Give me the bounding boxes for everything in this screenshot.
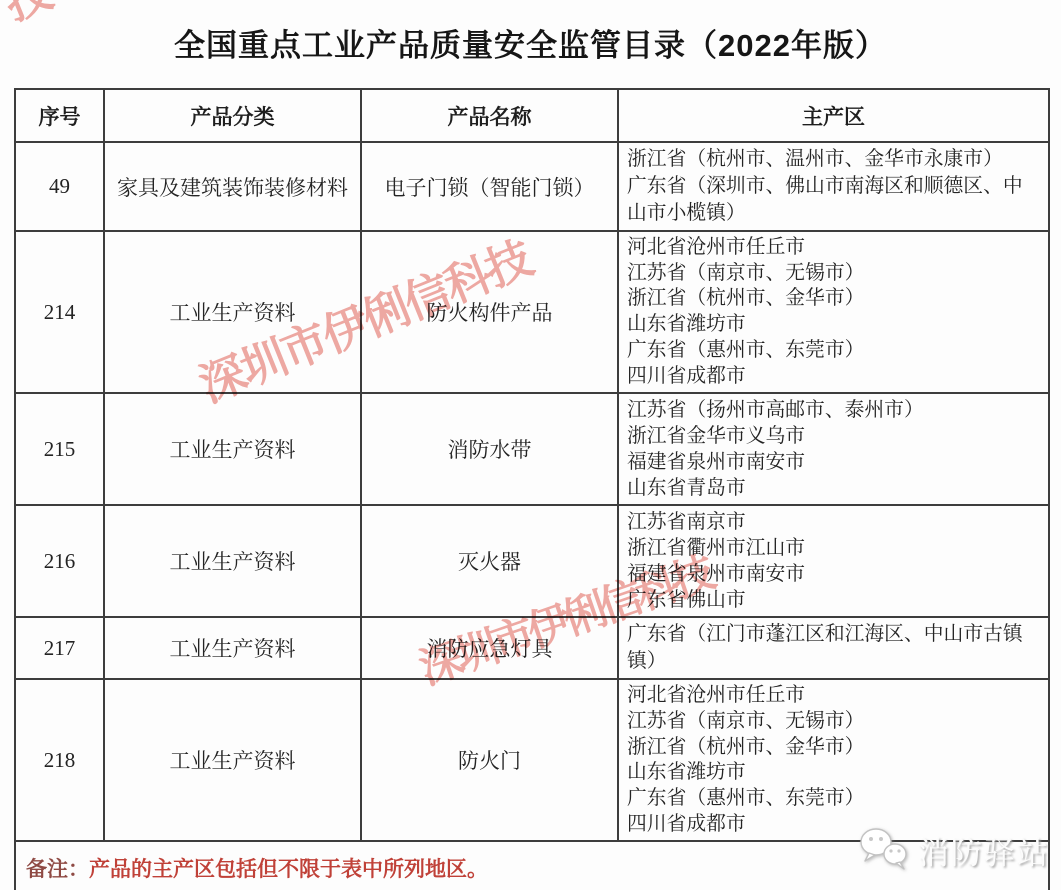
scanned-document-page: 全国重点工业产品质量安全监管目录（2022年版） 序号 产品分类 产品名称 主产… bbox=[0, 0, 1061, 890]
table-row: 49 家具及建筑装饰装修材料 电子门锁（智能门锁） 浙江省（杭州市、温州市、金华… bbox=[15, 142, 1049, 231]
header-product-category: 产品分类 bbox=[104, 89, 361, 142]
product-category-cell: 工业生产资料 bbox=[104, 505, 361, 617]
table-row: 215 工业生产资料 消防水带 江苏省（扬州市高邮市、泰州市） 浙江省金华市义乌… bbox=[15, 393, 1049, 505]
note-label: 备注： bbox=[26, 858, 89, 881]
header-product-name: 产品名称 bbox=[361, 89, 618, 142]
serial-number-cell: 216 bbox=[15, 505, 104, 617]
serial-number-cell: 49 bbox=[15, 142, 104, 231]
serial-number-cell: 217 bbox=[15, 617, 104, 679]
product-name-cell: 灭火器 bbox=[361, 505, 618, 617]
table-row: 217 工业生产资料 消防应急灯具 广东省（江门市蓬江区和江海区、中山市古镇镇） bbox=[15, 617, 1049, 679]
production-area-cell: 河北省沧州市任丘市 江苏省（南京市、无锡市） 浙江省（杭州市、金华市） 山东省潍… bbox=[618, 679, 1049, 841]
header-serial-number: 序号 bbox=[15, 89, 104, 142]
note-text: 产品的主产区包括但不限于表中所列地区。 bbox=[89, 858, 488, 881]
header-main-production-area: 主产区 bbox=[618, 89, 1049, 142]
wechat-chat-bubbles-icon bbox=[858, 826, 910, 875]
product-name-cell: 电子门锁（智能门锁） bbox=[361, 142, 618, 231]
channel-logo: 消防驿站 bbox=[858, 826, 1050, 875]
serial-number-cell: 215 bbox=[15, 393, 104, 505]
table-row: 218 工业生产资料 防火门 河北省沧州市任丘市 江苏省（南京市、无锡市） 浙江… bbox=[15, 679, 1049, 841]
channel-logo-text: 消防驿站 bbox=[918, 828, 1050, 873]
production-area-cell: 江苏省（扬州市高邮市、泰州市） 浙江省金华市义乌市 福建省泉州市南安市 山东省青… bbox=[618, 393, 1049, 505]
table-row: 214 工业生产资料 防火构件产品 河北省沧州市任丘市 江苏省（南京市、无锡市）… bbox=[15, 231, 1049, 393]
catalog-table: 序号 产品分类 产品名称 主产区 49 家具及建筑装饰装修材料 电子门锁（智能门… bbox=[14, 88, 1050, 890]
serial-number-cell: 214 bbox=[15, 231, 104, 393]
table-header-row: 序号 产品分类 产品名称 主产区 bbox=[15, 89, 1049, 142]
product-category-cell: 工业生产资料 bbox=[104, 231, 361, 393]
product-name-cell: 防火门 bbox=[361, 679, 618, 841]
product-category-cell: 工业生产资料 bbox=[104, 617, 361, 679]
production-area-cell: 广东省（江门市蓬江区和江海区、中山市古镇镇） bbox=[618, 617, 1049, 679]
production-area-cell: 浙江省（杭州市、温州市、金华市永康市） 广东省（深圳市、佛山市南海区和顺德区、中… bbox=[618, 142, 1049, 231]
product-name-cell: 消防水带 bbox=[361, 393, 618, 505]
table-row: 216 工业生产资料 灭火器 江苏省南京市 浙江省衢州市江山市 福建省泉州市南安… bbox=[15, 505, 1049, 617]
product-name-cell: 消防应急灯具 bbox=[361, 617, 618, 679]
product-category-cell: 工业生产资料 bbox=[104, 679, 361, 841]
production-area-cell: 江苏省南京市 浙江省衢州市江山市 福建省泉州市南安市 广东省佛山市 bbox=[618, 505, 1049, 617]
product-category-cell: 家具及建筑装饰装修材料 bbox=[104, 142, 361, 231]
page-title: 全国重点工业产品质量安全监管目录（2022年版） bbox=[0, 20, 1061, 65]
product-category-cell: 工业生产资料 bbox=[104, 393, 361, 505]
product-name-cell: 防火构件产品 bbox=[361, 231, 618, 393]
production-area-cell: 河北省沧州市任丘市 江苏省（南京市、无锡市） 浙江省（杭州市、金华市） 山东省潍… bbox=[618, 231, 1049, 393]
serial-number-cell: 218 bbox=[15, 679, 104, 841]
